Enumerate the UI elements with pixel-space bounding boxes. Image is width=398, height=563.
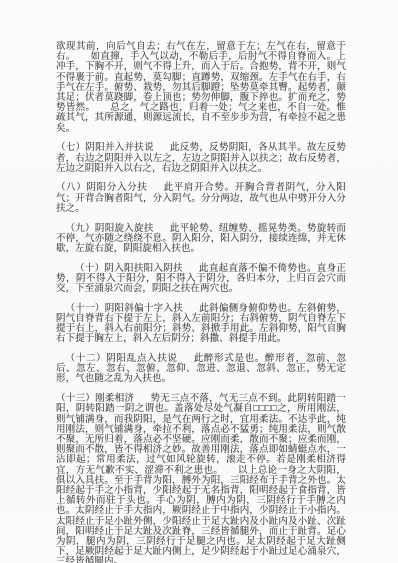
scanned-page: 欲现其前，向后气自去；右气在左，留意于左；左气在右，留意于右。 如直撺，手入气以…: [0, 0, 398, 563]
section-9-paragraph: （九）阴阳旋入旋扶此平轮势、纽缠势、摇晃势类。势旋转而不停，气亦随之绕绕不息。阴…: [56, 224, 346, 255]
text-column: 欲现其前，向后气自去；右气在左，留意于左；左气在右，留意于右。 如直撺，手入气以…: [56, 42, 346, 563]
section-10-heading: （十）阴入阳扶阳入阴扶: [75, 264, 183, 274]
section-7-paragraph: （七）阴阳并入并扶说此反势，反势阴阳，各从其半。故左反势者，右边之阴阳并入以左之…: [56, 143, 346, 174]
section-10-paragraph: （十）阴入阳扶阳入阴扶此直起直落不偏不倚势也。直身正势，阴不得入于阳分，阳不得入…: [56, 264, 346, 295]
section-11-paragraph: （十一）阴阳斜偏十字入扶此斜偏侧身俯仰势也。左斜俯势，阴气自脊背右下提于左上，斜…: [56, 304, 346, 345]
section-11-heading: （十一）阴阳斜偏十字入扶: [66, 304, 184, 314]
paragraph-text: 欲现其前，向后气自去；右气在左，留意于左；左气在右，留意于右。 如直撺，手入气以…: [56, 42, 346, 134]
section-8-heading: （八）阴阳分入分扶: [56, 183, 147, 193]
paragraph-text: 势无三点不落，气无三点不到。此阴转阳踏一阳，阴转阳踏一阴之谓也。盖落处尽处气凝自…: [56, 394, 346, 563]
section-7-heading: （七）阴阳并入并扶说: [56, 143, 154, 153]
section-13-heading: （十三）刚柔相济: [56, 394, 134, 404]
section-13-paragraph: （十三）刚柔相济势无三点不落，气无三点不到。此阴转阳踏一阳，阴转阳踏一阴之谓也。…: [56, 394, 346, 563]
section-8-paragraph: （八）阴阳分入分扶此平肩开合势。开胸合背者阴气，分入阳气；开背合胸者阳气，分入阴…: [56, 183, 346, 214]
section-12-paragraph: （十二）阴阳乱点入扶说此醉形式是也。醉形者，忽前、忽后、忽左、忽右、忽俯、忽仰、…: [56, 354, 346, 385]
section-12-heading: （十二）阴阳乱点入扶说: [66, 354, 178, 364]
section-9-heading: （九）阴阳旋入旋扶: [66, 224, 154, 234]
intro-paragraph: 欲现其前，向后气自去；右气在左，留意于左；左气在右，留意于右。 如直撺，手入气以…: [56, 42, 346, 134]
